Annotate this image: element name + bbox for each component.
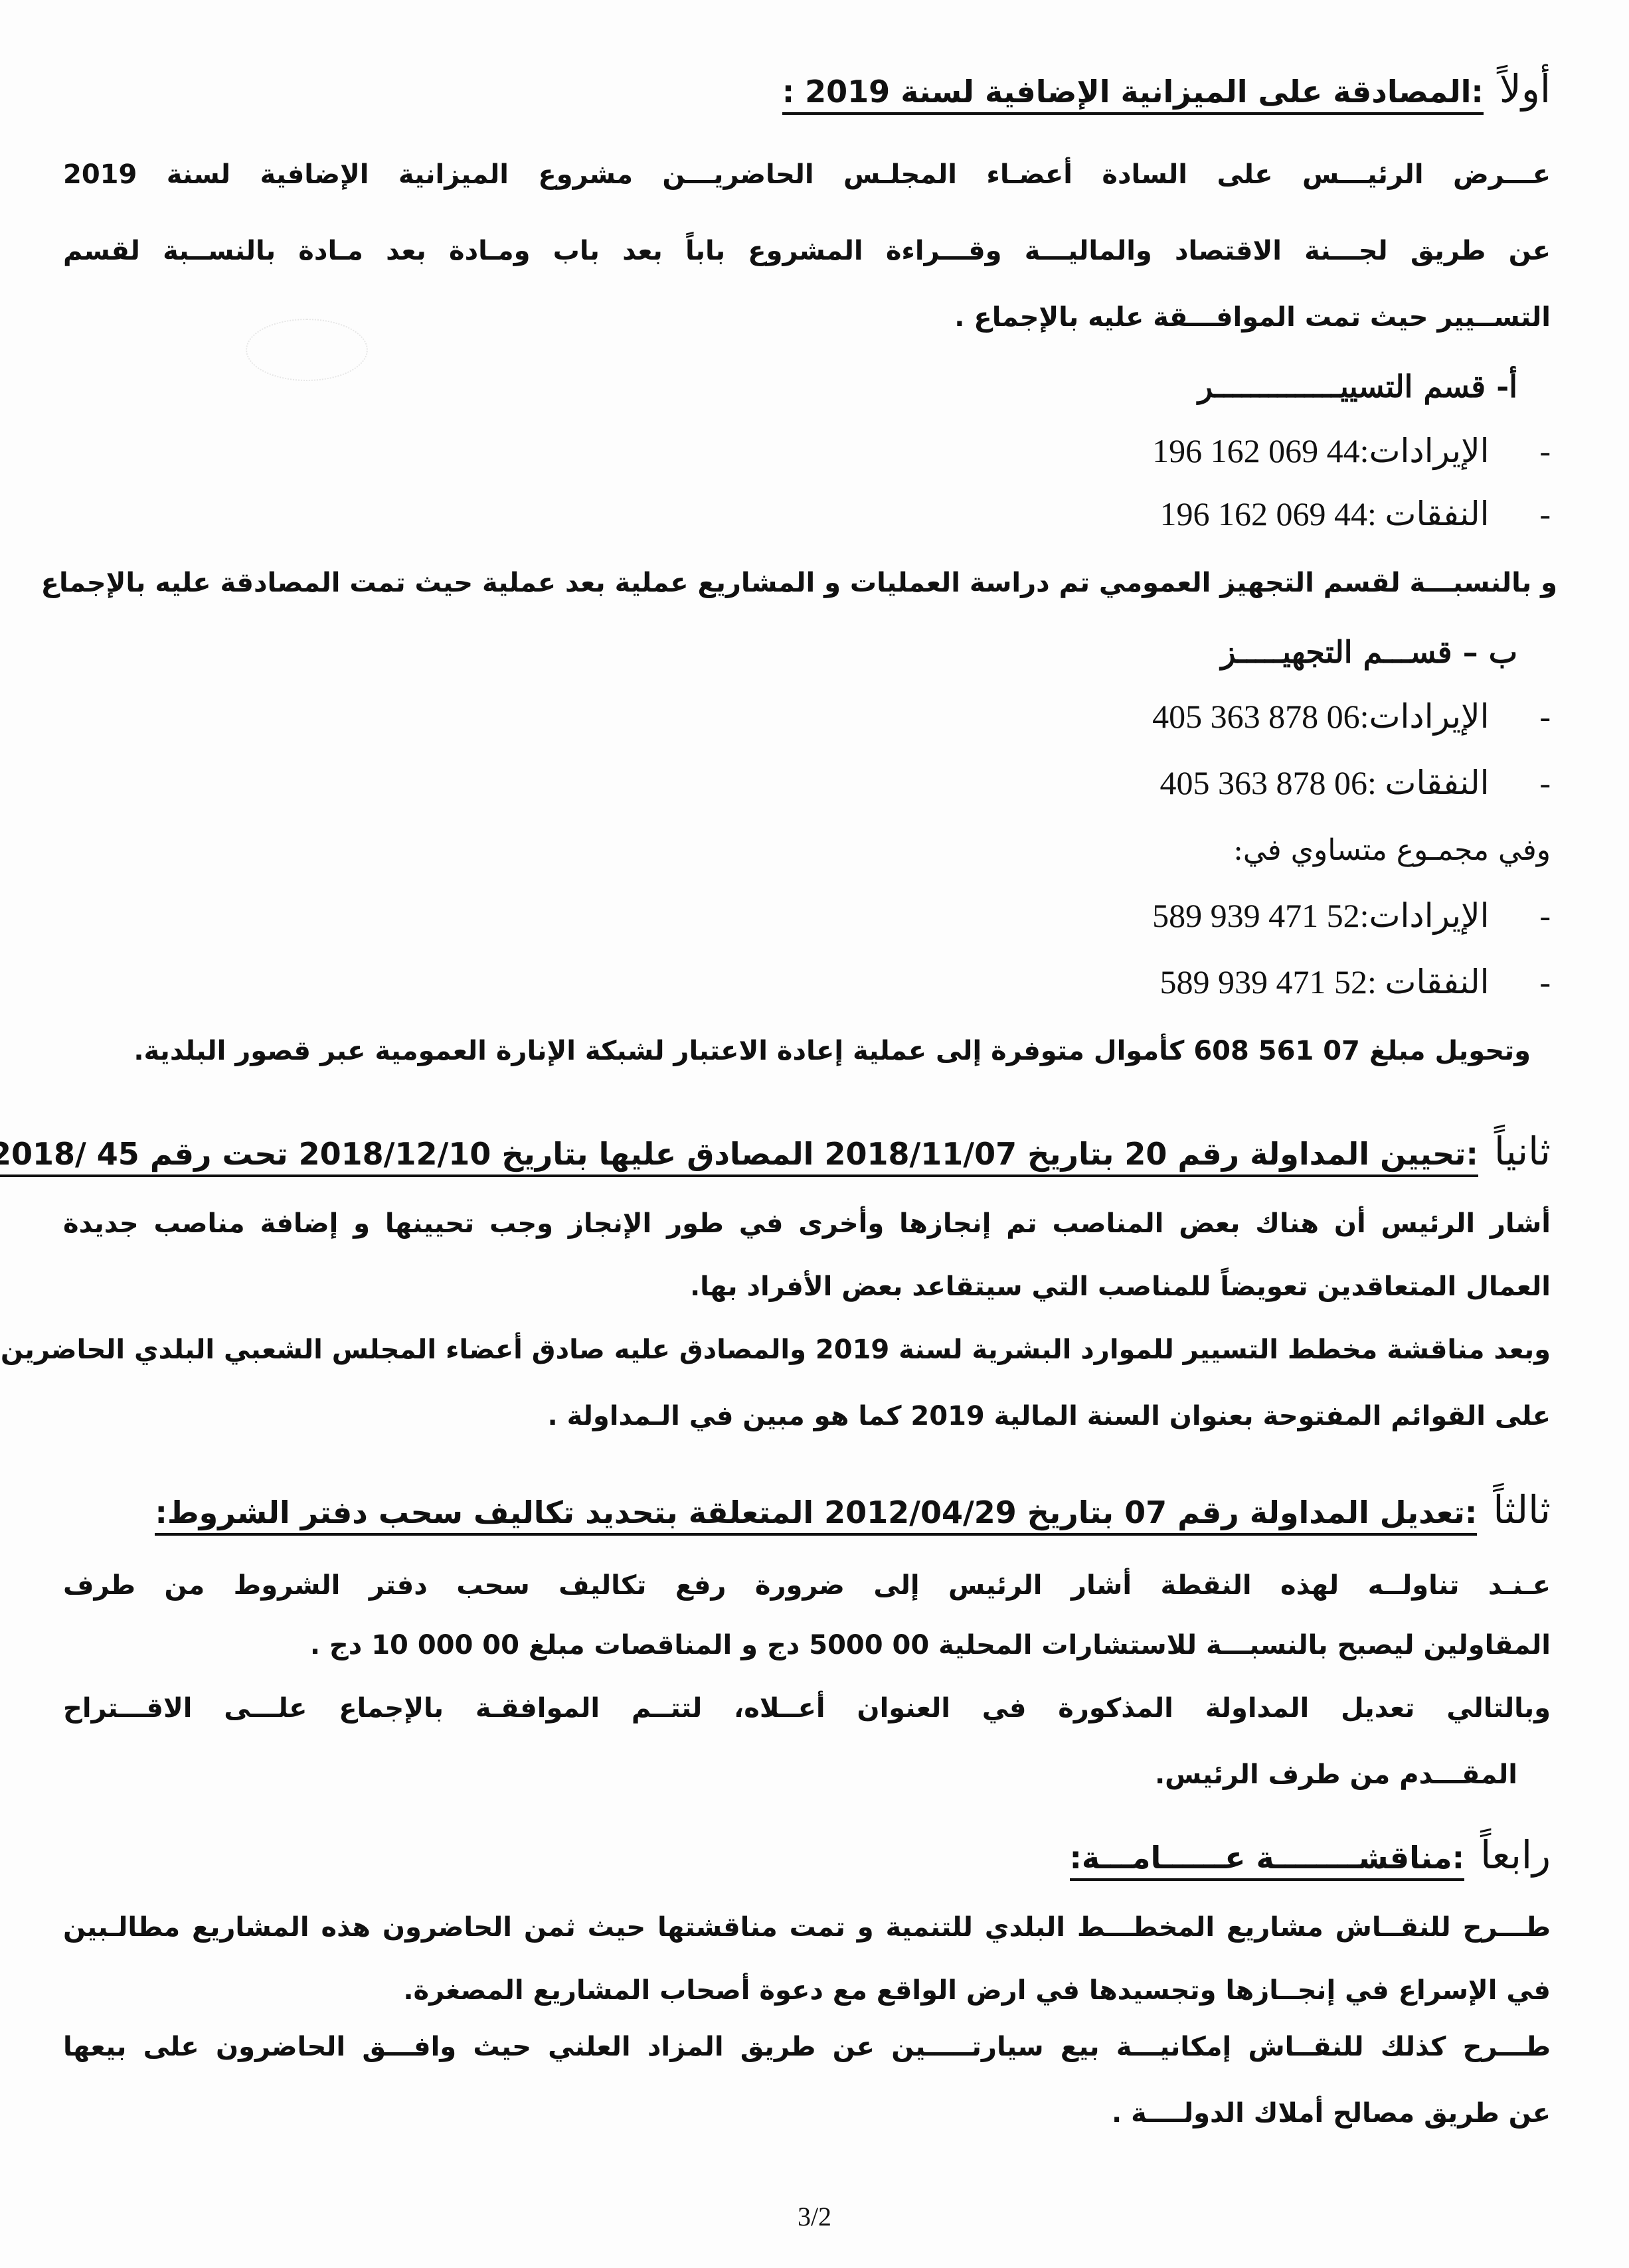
section-3-paragraph-1-line-2: المقاولين ليصبح بالنسبـــة للاستشارات ال… bbox=[63, 1630, 1551, 1660]
subsection-b-title: ب – قســـم التجهيـــــز bbox=[63, 634, 1517, 670]
section-3-paragraph-2-line-1: وبالتالي تعديل المداولة المذكورة في العن… bbox=[63, 1693, 1551, 1724]
transfer-note: وتحويل مبلغ 07 561 608 كأموال متوفرة إلى… bbox=[63, 1036, 1531, 1066]
revenue-value: 589 939 471 52 bbox=[1152, 897, 1360, 934]
section-2-paragraph-1-line-2: العمال المتعاقدين تعويضاً للمناصب التي س… bbox=[63, 1271, 1551, 1302]
section-1-paragraph-line-3: التســيير حيث تمت الموافـــقة عليه بالإج… bbox=[63, 302, 1551, 333]
section-3-title: :تعديل المداولة رقم 07 بتاريخ 2012/04/29… bbox=[155, 1495, 1477, 1536]
revenue-label: الإيرادات: bbox=[1360, 897, 1490, 934]
subsection-a-title: أ- قسم التسييــــــــــــــر bbox=[63, 368, 1517, 404]
section-1-paragraph-line-1: عـــرض الرئيـــس على السادة أعضـاء المجل… bbox=[63, 159, 1551, 190]
section-4-paragraph-2-line-1: طـــرح كذلك للنقــاش إمكانيـــة بيع سيار… bbox=[63, 2032, 1551, 2062]
section-2-paragraph-1-line-1: أشار الرئيس أن هناك بعض المناصب تم إنجاز… bbox=[63, 1208, 1551, 1239]
section-1-title: :المصادقة على الميزانية الإضافية لسنة 20… bbox=[782, 74, 1484, 115]
expenses-label: النفقات : bbox=[1367, 764, 1490, 801]
section-4-paragraph-2-line-2: عن طريق مصالح أملاك الدولــــة . bbox=[63, 2098, 1551, 2129]
revenue-value: 196 162 069 44 bbox=[1152, 432, 1360, 469]
subsection-a-expenses: - النفقات :196 162 069 44 bbox=[63, 495, 1551, 533]
equipment-intro: و بالنسبـــة لقسم التجهيز العمومي تم درا… bbox=[63, 568, 1557, 598]
section-2-paragraph-2-line-2: على القوائم المفتوحة بعنوان السنة المالي… bbox=[63, 1401, 1551, 1431]
section-1-paragraph-line-2: عن طريق لجـــنة الاقتصاد والماليـــة وقـ… bbox=[63, 236, 1551, 266]
section-2-title: :تحيين المداولة رقم 20 بتاريخ 2018/11/07… bbox=[0, 1136, 1478, 1177]
section-4-paragraph-1-line-1: طـــرح للنقــاش مشاريع المخطـــط البلدي … bbox=[63, 1912, 1551, 1943]
section-3-ordinal: ثالثاً bbox=[1493, 1487, 1551, 1532]
section-2-ordinal: ثانياً bbox=[1494, 1129, 1551, 1174]
section-3-paragraph-1-line-1: عـنـد تناولــه لهذه النقطة أشار الرئيس إ… bbox=[63, 1570, 1551, 1601]
section-3-paragraph-2-line-2: المقـــدم من طرف الرئيس. bbox=[63, 1759, 1517, 1790]
total-expenses: - النفقات :589 939 471 52 bbox=[63, 963, 1551, 1001]
section-1-ordinal: أولاً bbox=[1500, 66, 1551, 112]
section-1-heading: أولاً :المصادقة على الميزانية الإضافية ل… bbox=[63, 66, 1551, 112]
section-3-heading: ثالثاً :تعديل المداولة رقم 07 بتاريخ 201… bbox=[63, 1487, 1551, 1532]
section-2-heading: ثانياً :تحيين المداولة رقم 20 بتاريخ 201… bbox=[63, 1129, 1551, 1174]
revenue-value: 405 363 878 06 bbox=[1152, 698, 1360, 735]
revenue-label: الإيرادات: bbox=[1360, 698, 1490, 735]
expenses-value: 405 363 878 06 bbox=[1160, 764, 1368, 801]
section-4-paragraph-1-line-2: في الإسراع في إنجــازها وتجسيدها في ارض … bbox=[63, 1975, 1551, 2006]
total-revenue: - الإيرادات:589 939 471 52 bbox=[63, 896, 1551, 935]
section-4-heading: رابعاً :مناقشــــــــة عــــــامـــة: bbox=[63, 1832, 1551, 1878]
subsection-b-revenue: - الإيرادات:405 363 878 06 bbox=[63, 697, 1551, 736]
revenue-label: الإيرادات: bbox=[1360, 432, 1490, 469]
subsection-a-revenue: - الإيرادات:196 162 069 44 bbox=[63, 432, 1551, 470]
page-number: 3/2 bbox=[0, 2201, 1629, 2232]
section-2-paragraph-2-line-1: وبعد مناقشة مخطط التسيير للموارد البشرية… bbox=[63, 1335, 1551, 1365]
expenses-label: النفقات : bbox=[1367, 963, 1490, 1001]
expenses-label: النفقات : bbox=[1367, 495, 1490, 532]
subsection-b-expenses: - النفقات :405 363 878 06 bbox=[63, 764, 1551, 802]
section-4-title: :مناقشــــــــة عــــــامـــة: bbox=[1070, 1840, 1465, 1881]
total-intro: وفي مجمـوع متساوي في: bbox=[63, 833, 1551, 867]
expenses-value: 196 162 069 44 bbox=[1160, 495, 1368, 532]
section-4-ordinal: رابعاً bbox=[1480, 1832, 1551, 1878]
expenses-value: 589 939 471 52 bbox=[1160, 963, 1368, 1001]
